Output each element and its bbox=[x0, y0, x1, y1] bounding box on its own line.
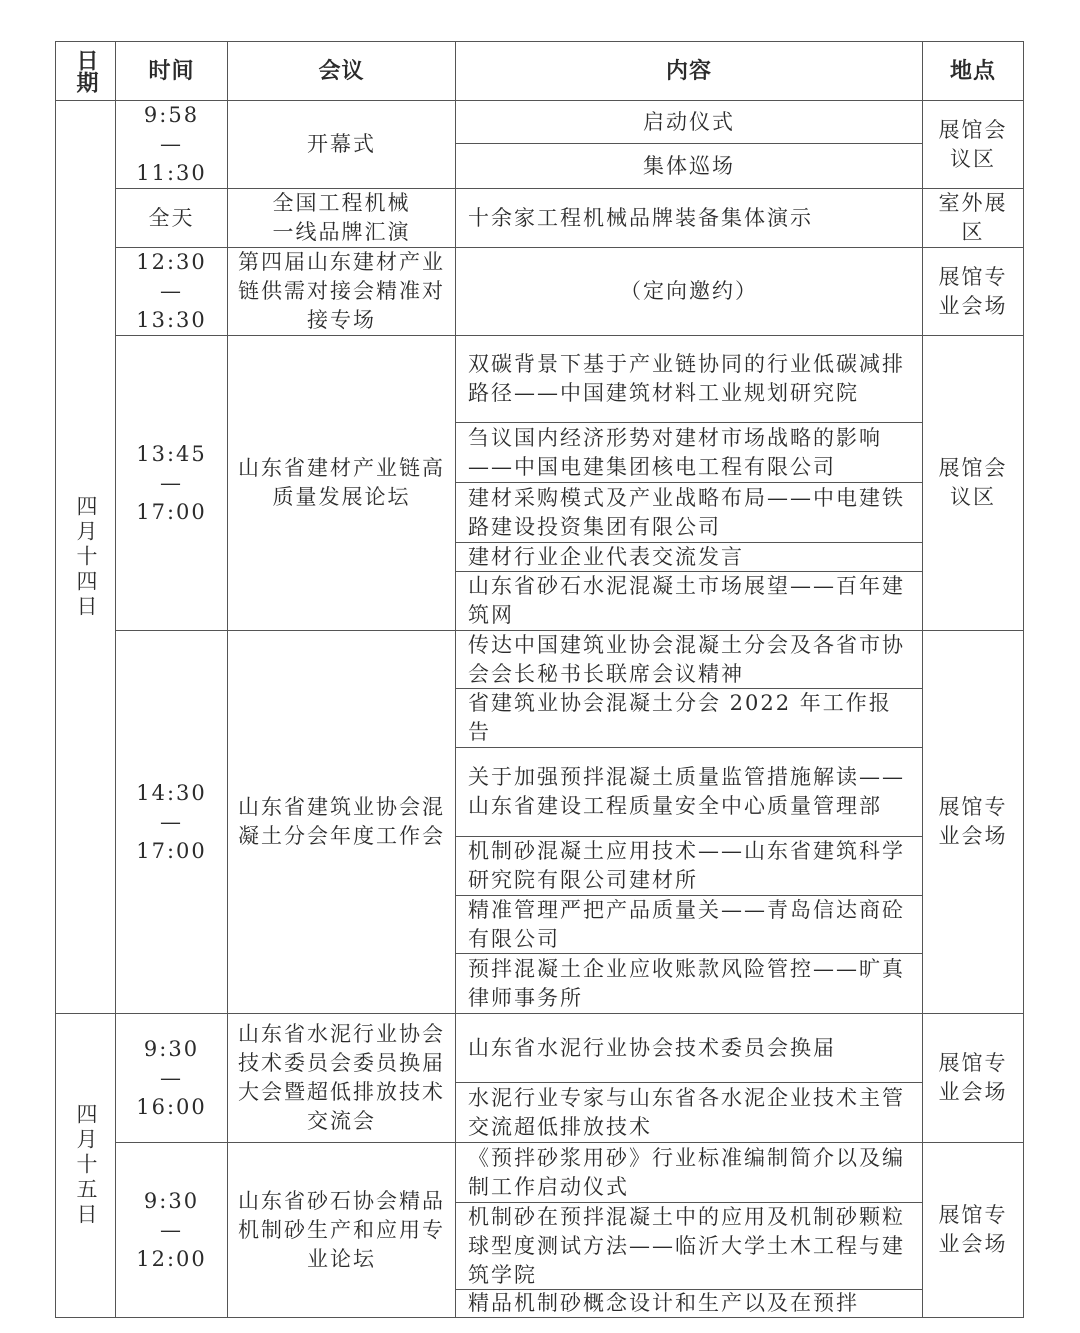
time-sep: — bbox=[160, 277, 183, 306]
content-cell: （定向邀约） bbox=[456, 248, 923, 336]
content-cell: 机制砂混凝土应用技术——山东省建筑科学研究院有限公司建材所 bbox=[456, 837, 923, 896]
time-end: 17:00 bbox=[136, 498, 207, 527]
meeting-cell: 山东省水泥行业协会技术委员会委员换届大会暨超低排放技术交流会 bbox=[228, 1014, 456, 1143]
content-cell: 刍议国内经济形势对建材市场战略的影响——中国电建集团核电工程有限公司 bbox=[456, 423, 923, 483]
time-sep: — bbox=[160, 1064, 183, 1093]
date-cell-day1: 四月十四日 bbox=[56, 101, 116, 1014]
venue-cell: 展馆专业会场 bbox=[923, 248, 1023, 336]
content-cell: 水泥行业专家与山东省各水泥企业技术主管交流超低排放技术 bbox=[456, 1083, 923, 1143]
header-date: 日期 bbox=[56, 42, 116, 101]
content-cell: 山东省水泥行业协会技术委员会换届 bbox=[456, 1014, 923, 1083]
time-start: 13:45 bbox=[136, 440, 207, 469]
content-cell: 精准管理严把产品质量关——青岛信达商砼有限公司 bbox=[456, 896, 923, 954]
time-sep: — bbox=[160, 469, 183, 498]
content-cell: 启动仪式 bbox=[456, 101, 923, 144]
time-sep: — bbox=[160, 1216, 183, 1245]
content-cell: 山东省砂石水泥混凝土市场展望——百年建筑网 bbox=[456, 572, 923, 631]
content-cell: 传达中国建筑业协会混凝土分会及各省市协会会长秘书长联席会议精神 bbox=[456, 631, 923, 689]
time-cell: 14:30 — 17:00 bbox=[116, 631, 228, 1014]
venue-cell: 展馆专业会场 bbox=[923, 1143, 1023, 1317]
schedule-table: 日期 时间 会议 内容 地点 四月十四日 9:58 — 11:30 开幕式 启动… bbox=[55, 41, 1024, 1318]
time-cell: 9:30 — 12:00 bbox=[116, 1143, 228, 1317]
meeting-cell: 全国工程机械一线品牌汇演 bbox=[228, 189, 456, 248]
content-cell: 建材行业企业代表交流发言 bbox=[456, 543, 923, 572]
content-cell: 《预拌砂浆用砂》行业标准编制简介以及编制工作启动仪式 bbox=[456, 1143, 923, 1203]
time-end: 12:00 bbox=[136, 1245, 207, 1274]
venue-cell: 展馆专业会场 bbox=[923, 631, 1023, 1014]
content-cell: 机制砂在预拌混凝土中的应用及机制砂颗粒球型度测试方法——临沂大学土木工程与建筑学… bbox=[456, 1203, 923, 1290]
time-sep: — bbox=[160, 130, 183, 159]
header-venue: 地点 bbox=[923, 42, 1023, 101]
meeting-cell: 山东省砂石协会精品机制砂生产和应用专业论坛 bbox=[228, 1143, 456, 1317]
time-cell: 9:30 — 16:00 bbox=[116, 1014, 228, 1143]
venue-cell: 展馆会议区 bbox=[923, 336, 1023, 631]
meeting-cell: 山东省建筑业协会混凝土分会年度工作会 bbox=[228, 631, 456, 1014]
time-cell: 13:45 — 17:00 bbox=[116, 336, 228, 631]
time-start: 14:30 bbox=[136, 779, 207, 808]
meeting-cell: 第四届山东建材产业链供需对接会精准对接专场 bbox=[228, 248, 456, 336]
time-cell: 9:58 — 11:30 bbox=[116, 101, 228, 189]
time-sep: — bbox=[160, 808, 183, 837]
header-time: 时间 bbox=[116, 42, 228, 101]
time-cell: 全天 bbox=[116, 189, 228, 248]
time-end: 13:30 bbox=[136, 306, 207, 335]
time-start: 12:30 bbox=[136, 248, 207, 277]
venue-cell: 展馆会议区 bbox=[923, 101, 1023, 189]
content-cell: 十余家工程机械品牌装备集体演示 bbox=[456, 189, 923, 248]
time-end: 17:00 bbox=[136, 837, 207, 866]
content-cell: 关于加强预拌混凝土质量监管措施解读——山东省建设工程质量安全中心质量管理部 bbox=[456, 748, 923, 837]
content-cell: 省建筑业协会混凝土分会 2022 年工作报告 bbox=[456, 689, 923, 748]
content-cell: 建材采购模式及产业战略布局——中电建铁路建设投资集团有限公司 bbox=[456, 483, 923, 543]
header-meeting: 会议 bbox=[228, 42, 456, 101]
venue-cell: 室外展区 bbox=[923, 189, 1023, 248]
date-cell-day2: 四月十五日 bbox=[56, 1014, 116, 1317]
time-cell: 12:30 — 13:30 bbox=[116, 248, 228, 336]
meeting-cell: 山东省建材产业链高质量发展论坛 bbox=[228, 336, 456, 631]
venue-cell: 展馆专业会场 bbox=[923, 1014, 1023, 1143]
content-cell: 双碳背景下基于产业链协同的行业低碳减排路径——中国建筑材料工业规划研究院 bbox=[456, 336, 923, 423]
content-cell: 预拌混凝土企业应收账款风险管控——旷真律师事务所 bbox=[456, 954, 923, 1014]
header-content: 内容 bbox=[456, 42, 923, 101]
time-start: 9:30 bbox=[144, 1187, 199, 1216]
time-start: 9:30 bbox=[144, 1035, 199, 1064]
time-end: 16:00 bbox=[136, 1093, 207, 1122]
content-cell: 精品机制砂概念设计和生产以及在预拌 bbox=[456, 1290, 923, 1317]
time-end: 11:30 bbox=[136, 159, 207, 188]
time-start: 9:58 bbox=[144, 101, 199, 130]
meeting-cell: 开幕式 bbox=[228, 101, 456, 189]
content-cell: 集体巡场 bbox=[456, 144, 923, 189]
